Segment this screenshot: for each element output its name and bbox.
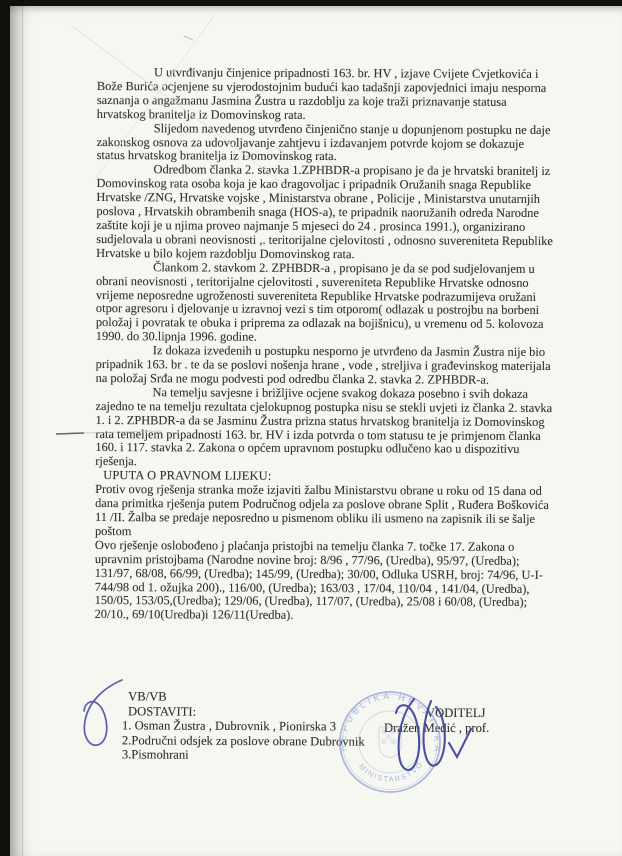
paragraph: Na temelju savjesne i brižljive ocjene s… <box>95 386 553 471</box>
signatory-name: Dražen Medić , prof. <box>384 721 489 736</box>
deliver-to-item: 1. Osman Žustra , Dubrovnik , Pionirska … <box>122 719 365 735</box>
document-body: U utvrđivanju činjenice pripadnosti 163.… <box>95 66 555 624</box>
deliver-to-heading: DOSTAVITI: <box>128 704 365 720</box>
paragraph: Odredbom članka 2. stavka 1.ZPHBDR-a pro… <box>96 163 554 262</box>
paragraph: Iz dokaza izvedenih u postupku nesporno … <box>96 344 554 388</box>
paper-edge-shadow <box>22 6 23 856</box>
paragraph: U utvrđivanju činjenice pripadnosti 163.… <box>97 66 555 124</box>
clerk-initials: VB/VB <box>128 689 365 705</box>
paragraph: Slijedom navedenog utvrđeno činjenično s… <box>97 122 555 166</box>
fees-citation-paragraph: Ovo rješenje oslobođeno j plaćanja prist… <box>95 539 553 624</box>
paragraph: Člankom 2. stavkom 2. ZPHBDR-a , propisa… <box>96 261 554 346</box>
footer-block: VB/VB DOSTAVITI: 1. Osman Žustra , Dubro… <box>128 689 365 763</box>
scanned-page: { "doc": { "paragraphs": [ "U utvrđivanj… <box>0 0 622 856</box>
deliver-to-item: 3.Pismohrani <box>122 748 365 764</box>
legal-remedy-paragraph: Protiv ovog rješenja stranka može izjavi… <box>95 483 553 541</box>
signatory-block: VODITELJ Dražen Medić , prof. <box>384 706 489 736</box>
deliver-to-item: 2.Područni odsjek za poslove obrane Dubr… <box>122 733 365 749</box>
signatory-title: VODITELJ <box>426 706 489 721</box>
